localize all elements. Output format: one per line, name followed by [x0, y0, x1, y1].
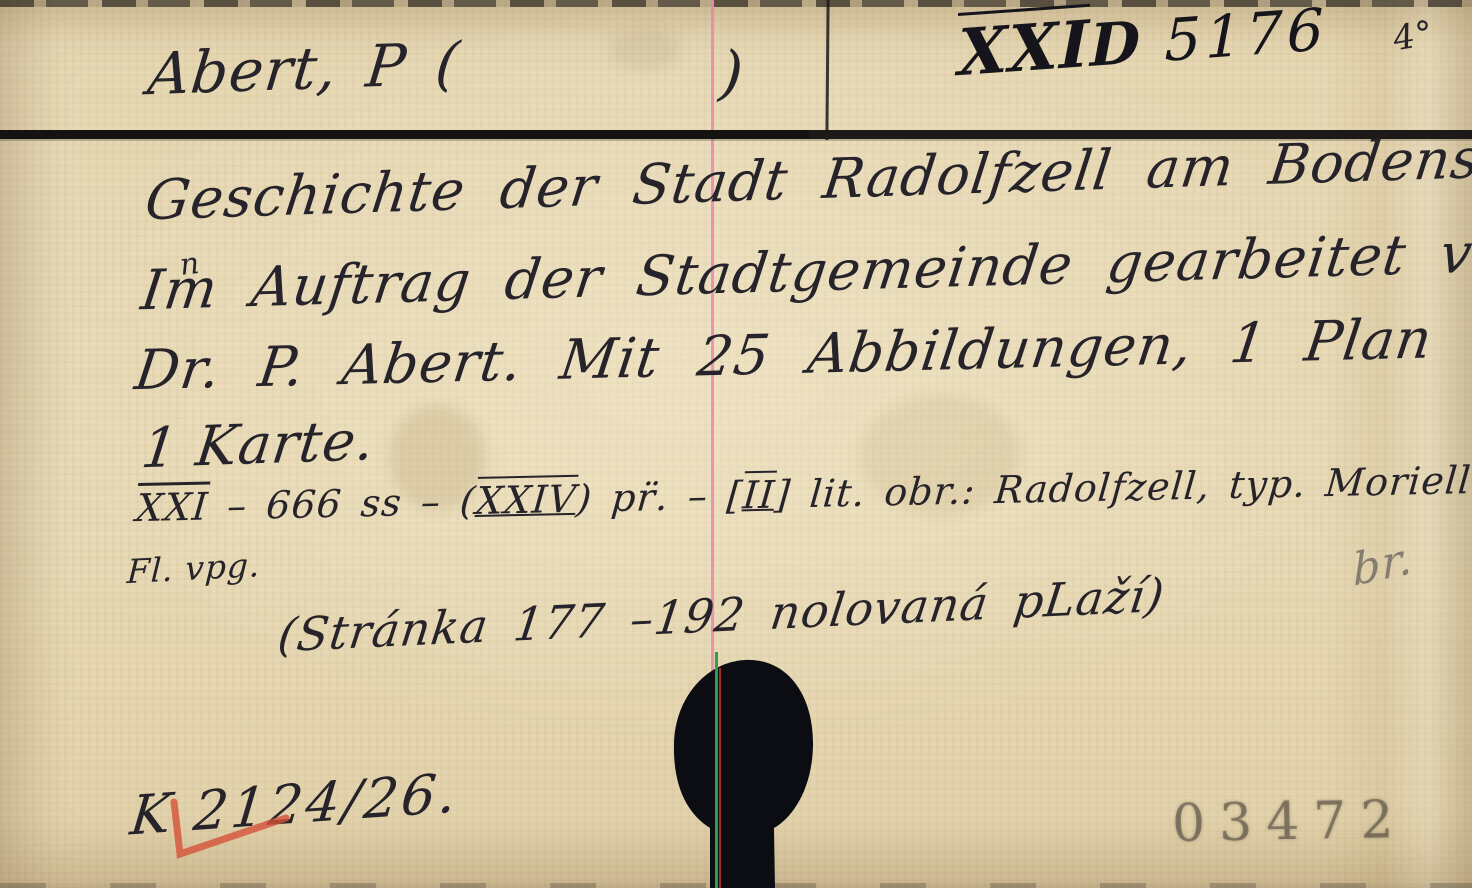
paper-stain: [610, 30, 680, 70]
title-line-4: 1 Karte.: [138, 408, 379, 480]
call-number: XXID 5176: [958, 0, 1328, 91]
title-line-2: Im Auftrag der Stadtgemeinde gearbeitet …: [138, 219, 1472, 322]
red-check-mark: [168, 796, 298, 866]
call-number-class: XXI: [958, 7, 1090, 91]
header-vertical-divider: [825, 0, 829, 140]
call-number-letter: D: [1090, 8, 1141, 80]
title-line-3: Dr. P. Abert. Mit 25 Abbildungen, 1 Plan…: [131, 304, 1472, 402]
scanner-line-red: [719, 668, 721, 888]
collation-volume-mark: II: [741, 473, 777, 518]
hole-punch-blob: [660, 648, 830, 888]
call-number-number: 5176: [1164, 0, 1327, 75]
catalog-card-scan: Abert, P ( ) XXID 5176 4° Geschichte der…: [0, 0, 1472, 888]
stamp-number: 03472: [1171, 790, 1407, 854]
author-heading: Abert, P (: [145, 29, 463, 108]
collation-series-mark: XXIV: [474, 477, 578, 523]
format-note: 4°: [1390, 13, 1437, 59]
scanner-line-green: [715, 652, 718, 888]
pencil-initial-note: br.: [1352, 532, 1414, 597]
collation-segment: ) pr̈. – [: [575, 473, 745, 521]
collation-segment: – 666 ss – (: [206, 479, 477, 529]
title-line-1: Geschichte der Stadt Radolfzell am Boden…: [142, 124, 1472, 232]
author-paren-close: ): [717, 38, 746, 110]
left-margin-note: Fl. vpg.: [126, 545, 262, 591]
collation-class-mark: XXI: [134, 484, 210, 530]
